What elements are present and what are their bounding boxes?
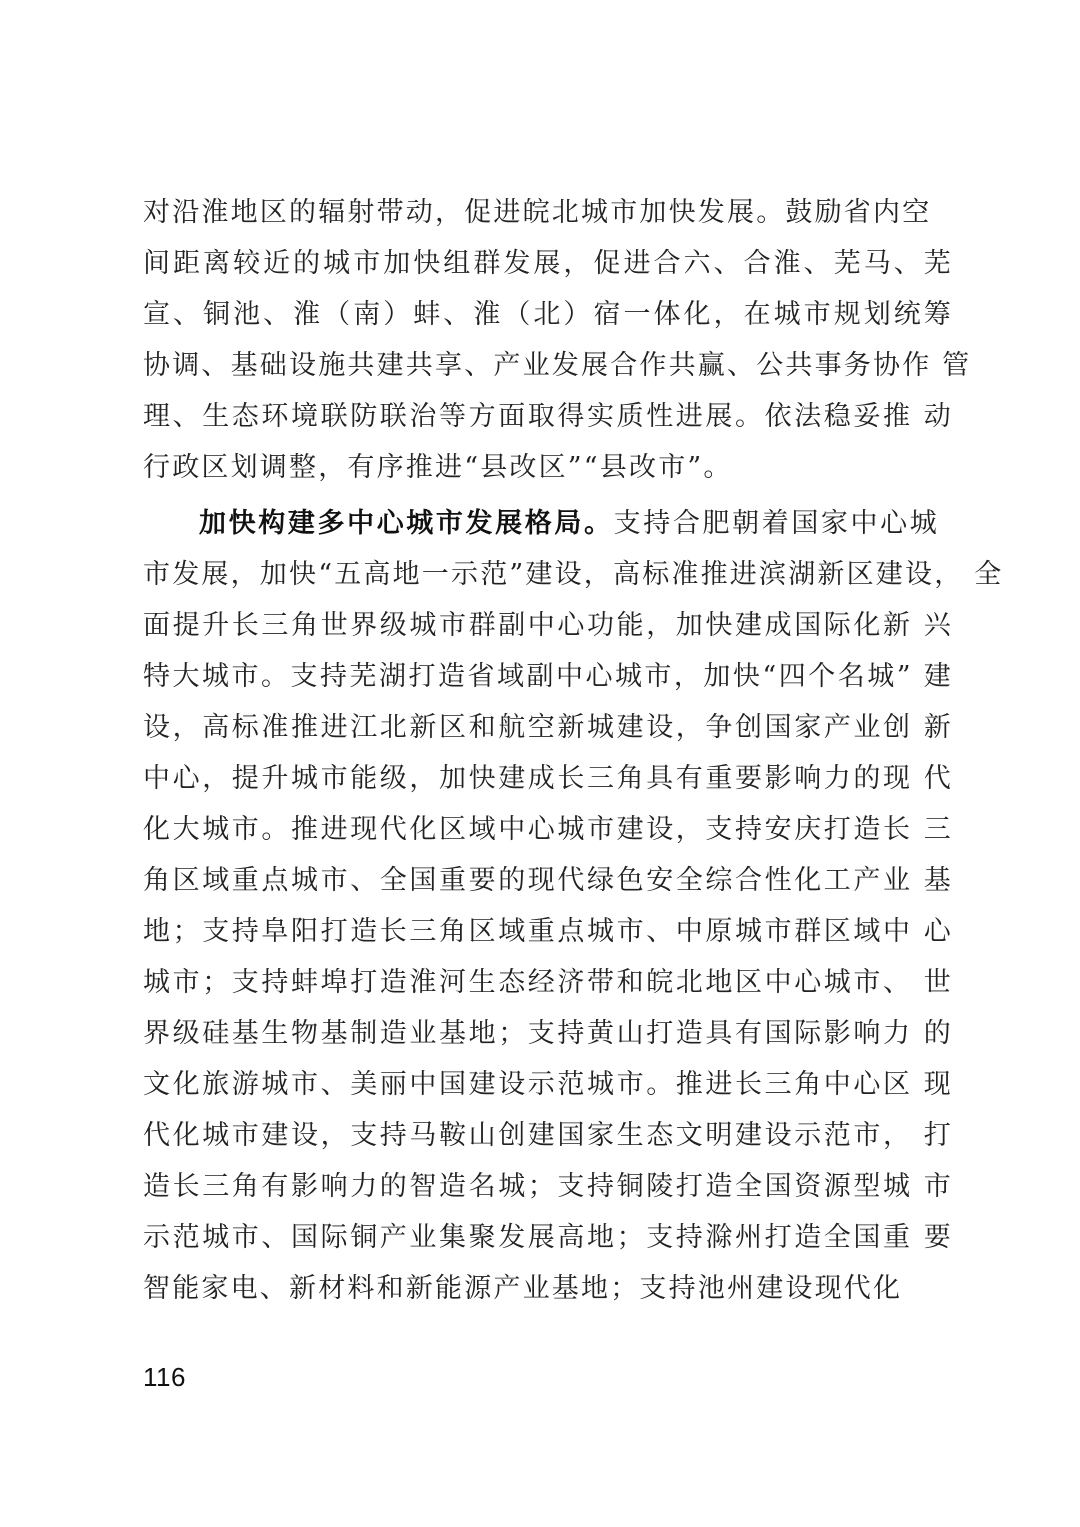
text-line: 中心，提升城市能级，加快建成长三角具有重要影响力的现 代: [143, 759, 953, 799]
document-page: 对沿淮地区的辐射带动，促进皖北城市加快发展。鼓励省内空 间距离较近的城市加快组群…: [0, 0, 1080, 1527]
text-line: 面提升长三角世界级城市群副中心功能，加快建成国际化新 兴: [143, 606, 953, 646]
text-line: 宣、铜池、淮（南）蚌、淮（北）宿一体化，在城市规划统筹: [143, 295, 953, 335]
text-line: 造长三角有影响力的智造名城；支持铜陵打造全国资源型城 市: [143, 1167, 953, 1207]
text-line: 协调、基础设施共建共享、产业发展合作共赢、公共事务协作 管: [143, 346, 953, 386]
text-line: 示范城市、国际铜产业集聚发展高地；支持滁州打造全国重 要: [143, 1218, 953, 1258]
paragraph-text: 支持合肥朝着国家中心城: [614, 508, 939, 539]
text-line: 智能家电、新材料和新能源产业基地；支持池州建设现代化: [143, 1269, 953, 1309]
text-line: 市发展，加快“五高地一示范”建设，高标准推进滨湖新区建设， 全: [143, 555, 953, 595]
text-line-first: 加快构建多中心城市发展格局。支持合肥朝着国家中心城: [199, 504, 939, 544]
paragraph-heading: 加快构建多中心城市发展格局。: [199, 508, 614, 539]
text-line: 城市；支持蚌埠打造淮河生态经济带和皖北地区中心城市、 世: [143, 963, 953, 1003]
text-line: 地；支持阜阳打造长三角区域重点城市、中原城市群区域中 心: [143, 912, 953, 952]
text-line: 间距离较近的城市加快组群发展，促进合六、合淮、芜马、芜: [143, 244, 953, 284]
text-line: 角区域重点城市、全国重要的现代绿色安全综合性化工产业 基: [143, 861, 953, 901]
text-line: 行政区划调整，有序推进“县改区”“县改市”。: [143, 448, 953, 488]
text-line: 理、生态环境联防联治等方面取得实质性进展。依法稳妥推 动: [143, 397, 953, 437]
text-line: 对沿淮地区的辐射带动，促进皖北城市加快发展。鼓励省内空: [143, 193, 953, 233]
text-line: 设，高标准推进江北新区和航空新城建设，争创国家产业创 新: [143, 708, 953, 748]
page-number: 116: [143, 1362, 186, 1393]
text-line: 文化旅游城市、美丽中国建设示范城市。推进长三角中心区 现: [143, 1065, 953, 1105]
text-line: 特大城市。支持芜湖打造省域副中心城市，加快“四个名城” 建: [143, 657, 953, 697]
text-line: 代化城市建设，支持马鞍山创建国家生态文明建设示范市， 打: [143, 1116, 953, 1156]
text-line: 界级硅基生物基制造业基地；支持黄山打造具有国际影响力 的: [143, 1014, 953, 1054]
text-line: 化大城市。推进现代化区域中心城市建设，支持安庆打造长 三: [143, 810, 953, 850]
